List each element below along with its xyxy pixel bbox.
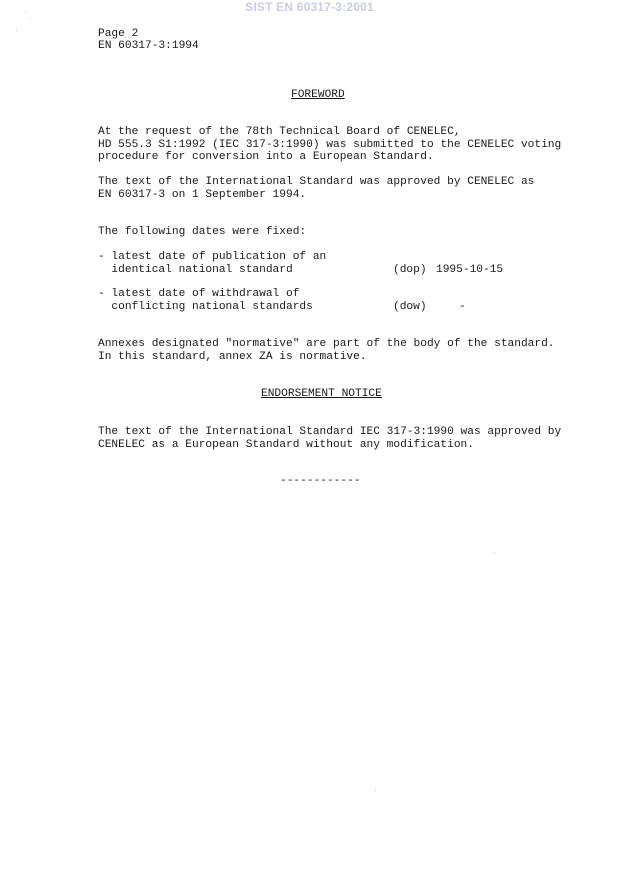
endorsement-para-line2: CENELEC as a European Standard without a…	[98, 439, 474, 452]
dow-abbr: (dow)	[393, 301, 427, 313]
annex-para-line1: Annexes designated "normative" are part …	[98, 338, 555, 351]
scan-speck	[16, 30, 17, 31]
dow-value: -	[459, 301, 466, 313]
foreword-para2-line1: The text of the International Standard w…	[98, 176, 534, 189]
scan-speck	[30, 18, 31, 19]
foreword-para1-line3: procedure for conversion into a European…	[98, 151, 434, 164]
endorsement-title: ENDORSEMENT NOTICE	[261, 388, 382, 400]
dow-line2: conflicting national standards	[98, 301, 313, 314]
foreword-title: FOREWORD	[291, 89, 345, 101]
dop-abbr: (dop)	[393, 264, 427, 276]
annex-para-line2: In this standard, annex ZA is normative.	[98, 351, 367, 364]
scan-speck	[26, 12, 27, 13]
watermark: SIST EN 60317-3:2001	[0, 0, 619, 14]
endorsement-para-line1: The text of the International Standard I…	[98, 426, 561, 439]
foreword-para1-line1: At the request of the 78th Technical Boa…	[98, 126, 461, 139]
foreword-para2-line2: EN 60317-3 on 1 September 1994.	[98, 189, 306, 202]
dop-value: 1995-10-15	[436, 264, 503, 276]
dop-line2: identical national standard	[98, 264, 293, 277]
document-id: EN 60317-3:1994	[98, 40, 199, 53]
dop-line1: - latest date of publication of an	[98, 251, 326, 264]
foreword-para1-line2: HD 555.3 S1:1992 (IEC 317-3:1990) was su…	[98, 139, 561, 152]
end-separator: ------------	[280, 475, 361, 487]
scan-speck	[375, 790, 376, 791]
scan-speck	[494, 552, 495, 553]
dow-line1: - latest date of withdrawal of	[98, 288, 299, 301]
page-number: Page 2	[98, 28, 138, 41]
dates-intro: The following dates were fixed:	[98, 226, 306, 239]
